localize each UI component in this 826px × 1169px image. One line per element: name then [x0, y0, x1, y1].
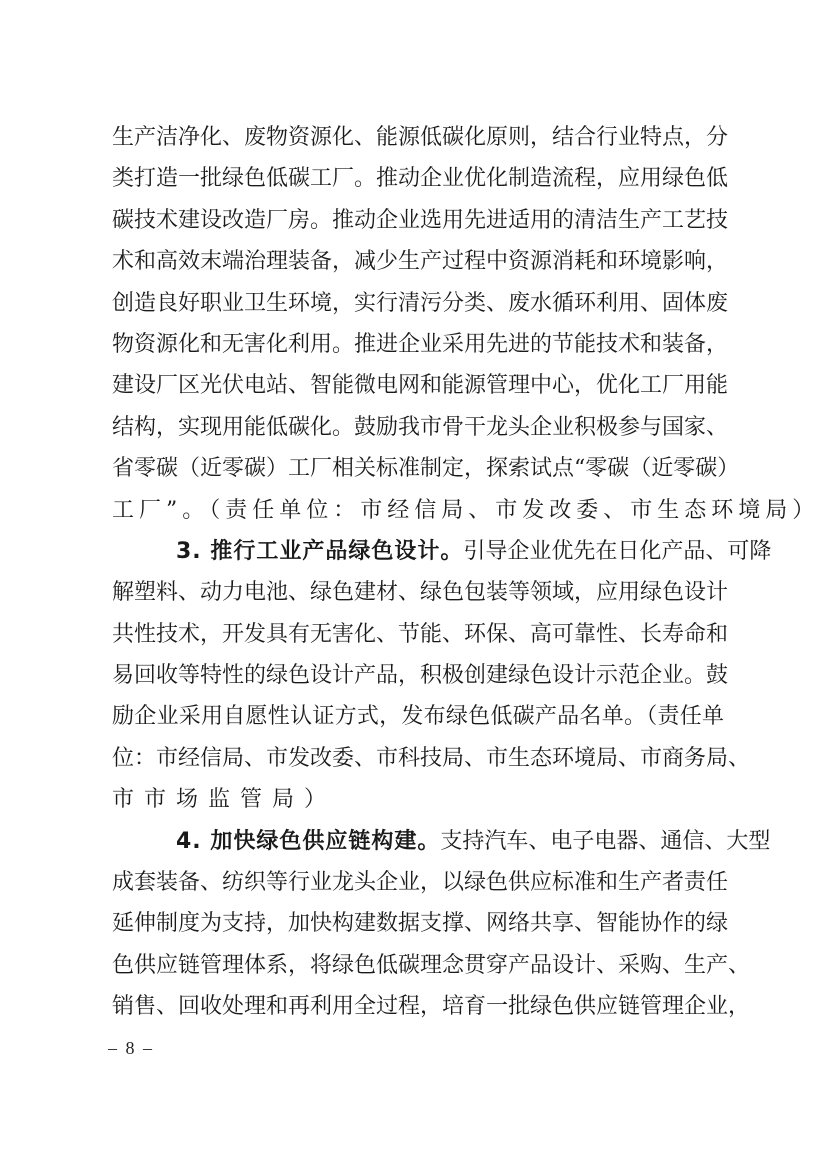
paragraph-line: 励企业采用自愿性认证方式，发布绿色低碳产品名单。（责任单 — [112, 696, 724, 737]
paragraph-line: 解塑料、动力电池、绿色建材、绿色包装等领域，应用绿色设计 — [112, 572, 724, 613]
section-4-first-line: 4. 加快绿色供应链构建。支持汽车、电子电器、通信、大型 — [112, 821, 724, 862]
paragraph-line: 共性技术，开发具有无害化、节能、环保、高可靠性、长寿命和 — [112, 614, 724, 655]
section-4-first-line-text: 支持汽车、电子电器、通信、大型 — [440, 829, 770, 854]
section-3: 3. 推行工业产品绿色设计。引导企业优先在日化产品、可降 解塑料、动力电池、绿色… — [112, 531, 724, 821]
paragraph-line: 创造良好职业卫生环境，实行清污分类、废水循环利用、固体废 — [112, 283, 724, 324]
paragraph-line: 工厂”。（责任单位：市经信局、市发改委、市生态环境局） — [112, 490, 724, 531]
paragraph-line: 色供应链管理体系，将绿色低碳理念贯穿产品设计、采购、生产、 — [112, 945, 724, 986]
section-3-first-line-text: 引导企业优先在日化产品、可降 — [463, 539, 771, 564]
paragraph-line: 碳技术建设改造厂房。推动企业选用先进适用的清洁生产工艺技 — [112, 200, 724, 241]
paragraph-line: 销售、回收处理和再利用全过程，培育一批绿色供应链管理企业， — [112, 986, 724, 1027]
paragraph-line: 生产洁净化、废物资源化、能源低碳化原则，结合行业特点，分 — [112, 117, 724, 158]
paragraph-line: 位：市经信局、市发改委、市科技局、市生态环境局、市商务局、 — [112, 738, 724, 779]
page-number: – 8 – — [108, 1038, 154, 1059]
paragraph-line: 延伸制度为支持，加快构建数据支撑、网络共享、智能协作的绿 — [112, 903, 724, 944]
document-page: 生产洁净化、废物资源化、能源低碳化原则，结合行业特点，分 类打造一批绿色低碳工厂… — [0, 0, 826, 1169]
body-text: 生产洁净化、废物资源化、能源低碳化原则，结合行业特点，分 类打造一批绿色低碳工厂… — [112, 117, 724, 1028]
paragraph-line: 类打造一批绿色低碳工厂。推动企业优化制造流程，应用绿色低 — [112, 158, 724, 199]
section-4: 4. 加快绿色供应链构建。支持汽车、电子电器、通信、大型 成套装备、纺织等行业龙… — [112, 821, 724, 1028]
paragraph-line: 市市场监管局） — [112, 779, 724, 820]
paragraph-line: 建设厂区光伏电站、智能微电网和能源管理中心，优化工厂用能 — [112, 365, 724, 406]
section-4-heading: 4. 加快绿色供应链构建。 — [176, 829, 440, 854]
section-3-first-line: 3. 推行工业产品绿色设计。引导企业优先在日化产品、可降 — [112, 531, 724, 572]
section-3-heading: 3. 推行工业产品绿色设计。 — [176, 539, 463, 564]
paragraph-line: 结构，实现用能低碳化。鼓励我市骨干龙头企业积极参与国家、 — [112, 407, 724, 448]
paragraph-line: 易回收等特性的绿色设计产品，积极创建绿色设计示范企业。鼓 — [112, 655, 724, 696]
paragraph-line: 术和高效末端治理装备，减少生产过程中资源消耗和环境影响， — [112, 241, 724, 282]
paragraph-line: 省零碳（近零碳）工厂相关标准制定，探索试点“零碳（近零碳） — [112, 448, 724, 489]
paragraph-line: 物资源化和无害化利用。推进企业采用先进的节能技术和装备， — [112, 324, 724, 365]
paragraph-line: 成套装备、纺织等行业龙头企业，以绿色供应标准和生产者责任 — [112, 862, 724, 903]
